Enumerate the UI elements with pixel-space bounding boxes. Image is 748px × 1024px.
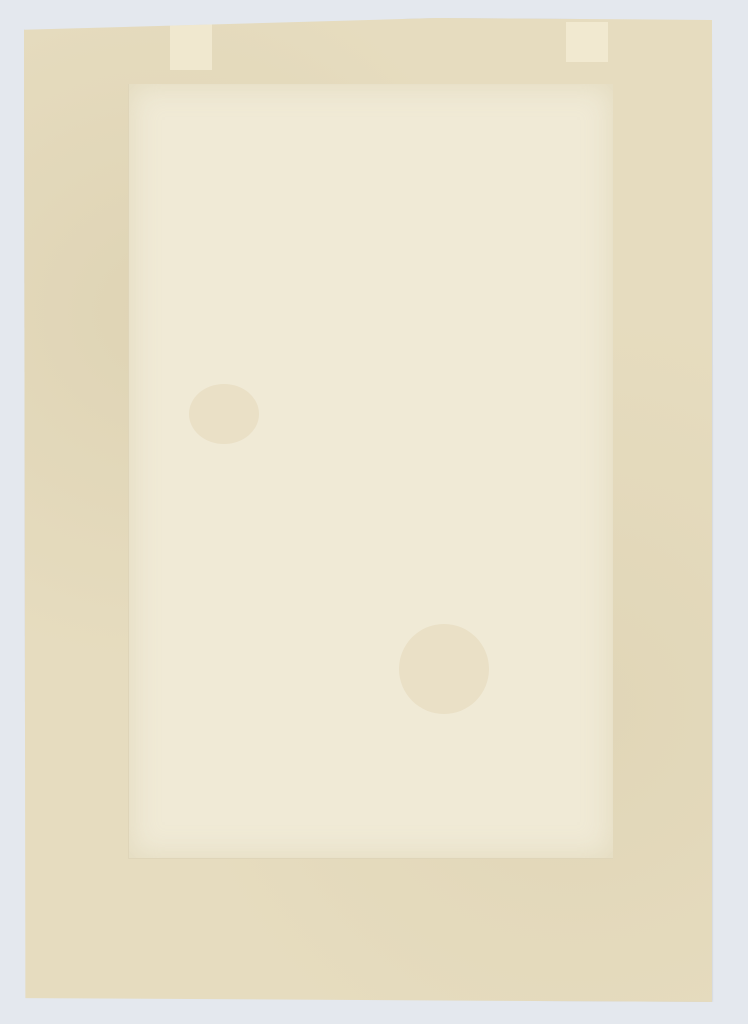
stain (399, 624, 489, 714)
paper-sheet (24, 18, 712, 1002)
mat-shadow-area (128, 84, 613, 859)
tape-mark-left (170, 22, 212, 70)
stain (189, 384, 259, 444)
tape-mark-right (566, 22, 608, 62)
